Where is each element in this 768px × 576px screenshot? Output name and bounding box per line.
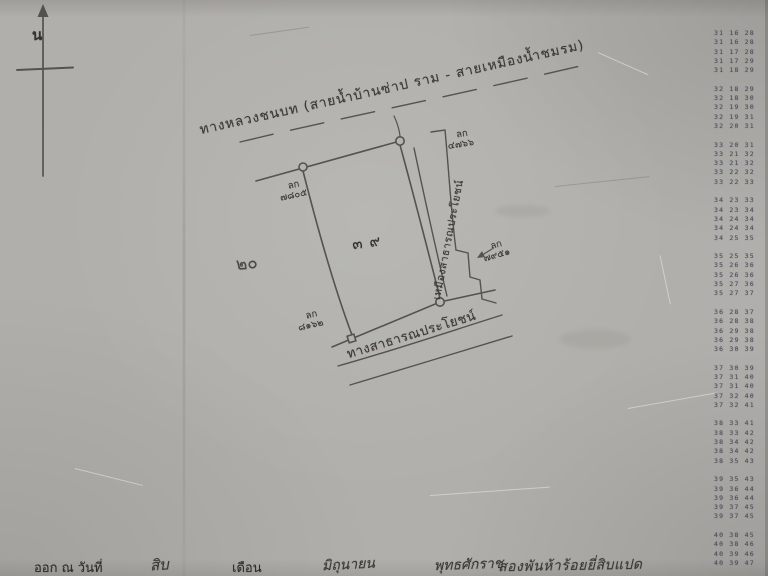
margin-number-row: 40 38 45	[714, 531, 762, 540]
margin-number-row: 32 18 30	[714, 94, 762, 103]
margin-number-row: 39 36 44	[714, 485, 762, 494]
issuance-line: ออก ณ วันที่ สิบ เดือน มิถุนายน พุทธศักร…	[0, 552, 768, 576]
margin-number-row: 32 19 31	[714, 113, 762, 122]
adjacent-parcel-number: ๒๐	[235, 249, 259, 278]
boundary-marker-label: ลก ๔๗๖๖	[446, 128, 475, 152]
issued-month: มิถุนายน	[321, 553, 375, 576]
margin-number-column: 31 16 2831 16 2831 17 2831 17 2931 18 29…	[714, 29, 762, 568]
margin-number-row	[714, 522, 762, 531]
margin-number-row: 37 32 40	[714, 392, 762, 401]
month-label: เดือน	[232, 557, 262, 576]
era-label: พุทธศักราช	[434, 553, 504, 576]
margin-number-row: 34 23 34	[714, 206, 762, 215]
margin-number-row: 33 22 33	[714, 178, 762, 187]
margin-number-row	[714, 299, 762, 308]
margin-number-row: 39 37 45	[714, 512, 762, 521]
margin-number-row: 38 34 42	[714, 438, 762, 447]
margin-number-row: 36 30 39	[714, 345, 762, 354]
margin-number-row: 31 17 29	[714, 57, 762, 66]
margin-number-row: 38 33 42	[714, 429, 762, 438]
margin-number-row: 35 26 36	[714, 261, 762, 270]
issued-year-words: สองพันห้าร้อยยี่สิบแปด	[498, 554, 643, 576]
margin-number-row: 37 31 40	[714, 373, 762, 382]
margin-number-row: 32 18 29	[714, 85, 762, 94]
corner-connector	[394, 116, 400, 136]
margin-number-row: 38 35 43	[714, 457, 762, 466]
margin-number-row: 36 28 38	[714, 317, 762, 326]
margin-number-row: 38 34 42	[714, 447, 762, 456]
margin-number-row: 34 23 33	[714, 196, 762, 205]
margin-number-row: 37 32 41	[714, 401, 762, 410]
margin-number-row: 38 33 41	[714, 419, 762, 428]
margin-number-row: 31 17 28	[714, 48, 762, 57]
north-arrow	[17, 4, 73, 176]
margin-number-row: 34 25 35	[714, 234, 762, 243]
margin-number-row	[714, 354, 762, 363]
margin-number-row: 34 24 34	[714, 215, 762, 224]
margin-number-row: 35 26 36	[714, 271, 762, 280]
margin-number-row: 33 21 32	[714, 150, 762, 159]
margin-number-row: 33 22 32	[714, 168, 762, 177]
north-label: น	[32, 23, 42, 47]
margin-number-row: 35 27 36	[714, 280, 762, 289]
issued-date-prefix: ออก ณ วันที่	[34, 557, 103, 576]
margin-number-row: 36 29 38	[714, 327, 762, 336]
margin-number-row	[714, 187, 762, 196]
margin-number-row	[714, 466, 762, 475]
margin-number-row: 31 16 28	[714, 38, 762, 47]
margin-number-row: 37 31 40	[714, 382, 762, 391]
margin-number-row: 37 30 39	[714, 364, 762, 373]
margin-number-row: 33 20 31	[714, 141, 762, 150]
margin-number-row: 39 36 44	[714, 494, 762, 503]
margin-number-row: 36 28 37	[714, 308, 762, 317]
margin-number-row: 39 35 43	[714, 475, 762, 484]
margin-number-row: 35 27 37	[714, 289, 762, 298]
issued-day: สิบ	[149, 552, 169, 576]
margin-number-row: 31 16 28	[714, 29, 762, 38]
margin-number-row: 40 38 46	[714, 540, 762, 549]
margin-number-row: 31 18 29	[714, 66, 762, 75]
margin-number-row: 32 20 31	[714, 122, 762, 131]
margin-number-row: 32 19 30	[714, 103, 762, 112]
margin-number-row	[714, 75, 762, 84]
margin-number-row: 36 29 38	[714, 336, 762, 345]
margin-number-row: 34 24 34	[714, 224, 762, 233]
margin-number-row	[714, 243, 762, 252]
parcel-number: ๓๙	[351, 228, 389, 257]
margin-number-row	[714, 131, 762, 140]
